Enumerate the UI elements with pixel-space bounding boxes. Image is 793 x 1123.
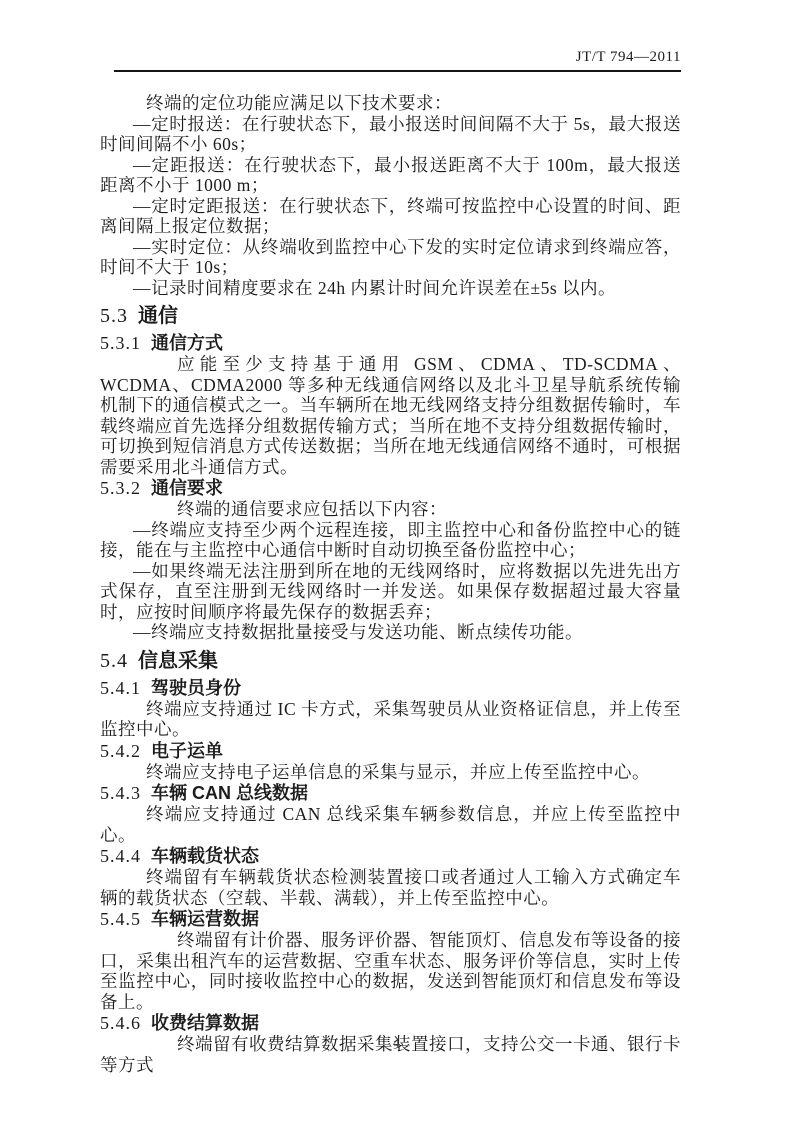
subsection-number: 5.3.2 (100, 478, 141, 498)
subsection-title: 通信方式 (151, 333, 223, 353)
subsection-heading-5-4-2: 5.4.2电子运单 (100, 740, 681, 762)
section-heading-5-4: 5.4信息采集 (100, 649, 681, 673)
subsection-number: 5.4.4 (100, 846, 141, 866)
section-title: 通信 (138, 305, 178, 327)
page-footer: 4 (0, 1036, 793, 1052)
page-number: 4 (393, 1036, 400, 1051)
subsection-title: 车辆运营数据 (151, 909, 259, 929)
subsection-number: 5.4.3 (100, 783, 141, 803)
subsection-title: 收费结算数据 (151, 1013, 259, 1033)
subsection-heading-5-3-2: 5.3.2通信要求 (100, 477, 681, 499)
subsection-heading-5-4-5: 5.4.5车辆运营数据 (100, 908, 681, 930)
subsection-number: 5.4.1 (100, 678, 141, 698)
page-header: JT/T 794—2011 (100, 0, 681, 66)
document-page: JT/T 794—2011 终端的定位功能应满足以下技术要求： —定时报送：在行… (0, 0, 793, 1123)
document-body: 终端的定位功能应满足以下技术要求： —定时报送：在行驶状态下，最小报送时间间隔不… (100, 93, 681, 1075)
paragraph: 终端留有车辆载货状态检测装置接口或者通过人工输入方式确定车辆的载货状态（空载、半… (100, 867, 681, 908)
paragraph: 终端留有计价器、服务评价器、智能顶灯、信息发布等设备的接口，采集出租汽车的运营数… (100, 930, 681, 1012)
subsection-heading-5-4-6: 5.4.6收费结算数据 (100, 1012, 681, 1034)
paragraph: 终端应支持通过 CAN 总线采集车辆参数信息，并应上传至监控中心。 (100, 804, 681, 845)
paragraph: 终端应支持电子运单信息的采集与显示，并应上传至监控中心。 (100, 762, 681, 783)
subsection-title: 驾驶员身份 (151, 678, 241, 698)
subsection-title: 车辆载货状态 (151, 846, 259, 866)
page-content: JT/T 794—2011 终端的定位功能应满足以下技术要求： —定时报送：在行… (100, 0, 681, 1075)
subsection-number: 5.4.5 (100, 909, 141, 929)
subsection-number: 5.4.2 (100, 741, 141, 761)
section-number: 5.3 (100, 305, 128, 327)
subsection-title: 电子运单 (151, 741, 223, 761)
standard-number: JT/T 794—2011 (576, 49, 681, 65)
subsection-heading-5-4-3: 5.4.3车辆 CAN 总线数据 (100, 782, 681, 804)
intro-lead-paragraph: 终端的定位功能应满足以下技术要求： (100, 93, 681, 114)
subsection-heading-5-4-1: 5.4.1驾驶员身份 (100, 677, 681, 699)
subsection-title: 车辆 CAN 总线数据 (151, 783, 308, 803)
subsection-title: 通信要求 (151, 478, 223, 498)
subsection-heading-5-3-1: 5.3.1通信方式 (100, 332, 681, 354)
paragraph: 终端应支持通过 IC 卡方式，采集驾驶员从业资格证信息，并上传至监控中心。 (100, 699, 681, 740)
section-title: 信息采集 (138, 650, 218, 672)
section-heading-5-3: 5.3通信 (100, 304, 681, 328)
subsection-heading-5-4-4: 5.4.4车辆载货状态 (100, 845, 681, 867)
section-number: 5.4 (100, 650, 128, 672)
list-item: —如果终端无法注册到所在地的无线网络时，应将数据以先进先出方式保存，直至注册到无… (100, 561, 681, 623)
subsection-number: 5.3.1 (100, 333, 141, 353)
list-item: —记录时间精度要求在 24h 内累计时间允许误差在±5s 以内。 (100, 278, 681, 299)
list-item: —定时报送：在行驶状态下，最小报送时间间隔不大于 5s，最大报送时间间隔不小 6… (100, 114, 681, 155)
list-item: —定时定距报送：在行驶状态下，终端可按监控中心设置的时间、距离间隔上报定位数据； (100, 196, 681, 237)
list-item: —终端应支持数据批量接受与发送功能、断点续传功能。 (100, 622, 681, 643)
list-item: —实时定位：从终端收到监控中心下发的实时定位请求到终端应答，时间不大于 10s； (100, 237, 681, 278)
paragraph: 应能至少支持基于通用 GSM、CDMA、TD-SCDMA、WCDMA、CDMA2… (100, 354, 681, 477)
list-item: —终端应支持至少两个远程连接，即主监控中心和备份监控中心的链接，能在与主监控中心… (100, 520, 681, 561)
header-rule (114, 70, 681, 72)
list-item: —定距报送：在行驶状态下，最小报送距离不大于 100m，最大报送距离不小于 10… (100, 155, 681, 196)
subsection-number: 5.4.6 (100, 1013, 141, 1033)
paragraph: 终端的通信要求应包括以下内容： (100, 499, 681, 520)
